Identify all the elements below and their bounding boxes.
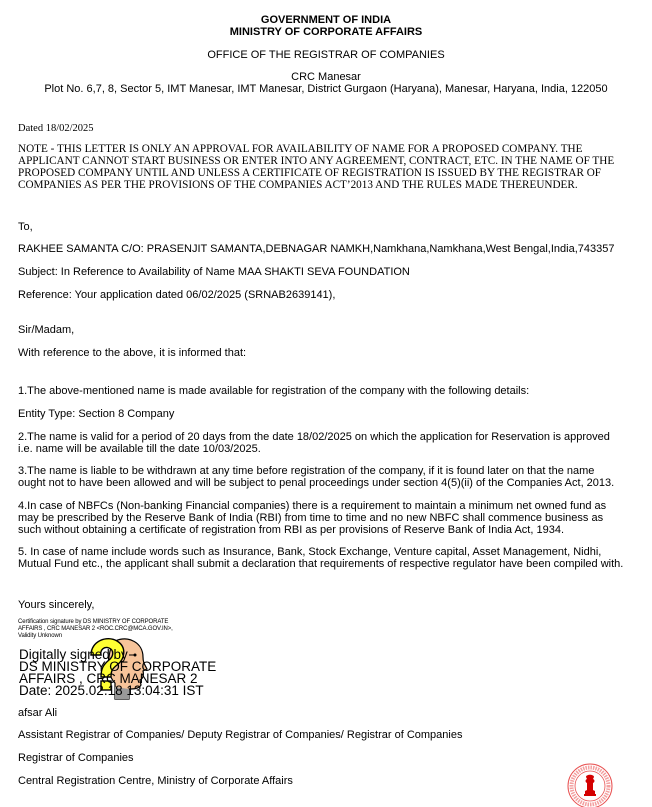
recipient-address: RAKHEE SAMANTA C/O: PRASENJIT SAMANTA,DE… xyxy=(18,243,614,255)
note-line: APPLICANT CANNOT START BUSINESS OR ENTER… xyxy=(18,155,614,167)
note-line: NOTE - THIS LETTER IS ONLY AN APPROVAL F… xyxy=(18,143,582,155)
point-4-line: 4.In case of NBFCs (Non-banking Financia… xyxy=(18,500,606,512)
to-label: To, xyxy=(18,221,33,233)
point-3-line: 3.The name is liable to be withdrawn at … xyxy=(18,465,594,477)
point-1: 1.The above-mentioned name is made avail… xyxy=(18,385,529,397)
point-2-line: i.e. name will be available till the dat… xyxy=(18,443,261,455)
salutation: Sir/Madam, xyxy=(18,324,74,336)
point-5-line: Mutual Fund etc., the applicant shall su… xyxy=(18,558,623,570)
header-ministry: MINISTRY OF CORPORATE AFFAIRS xyxy=(0,26,652,38)
note-line: PROPOSED COMPANY UNTIL AND UNLESS A CERT… xyxy=(18,167,601,179)
header-government: GOVERNMENT OF INDIA xyxy=(0,14,652,26)
mca-official-seal-icon xyxy=(566,762,614,807)
signatory-name: afsar Ali xyxy=(18,707,57,719)
point-3-line: ought not to have been allowed and will … xyxy=(18,477,614,489)
signatory-centre: Central Registration Centre, Ministry of… xyxy=(18,775,293,787)
header-office: OFFICE OF THE REGISTRAR OF COMPANIES xyxy=(0,49,652,61)
closing: Yours sincerely, xyxy=(18,599,94,611)
digital-signature-line: Date: 2025.02.18 13:04:31 IST xyxy=(19,685,204,697)
reference-line: Reference: Your application dated 06/02/… xyxy=(18,289,335,301)
subject-line: Subject: In Reference to Availability of… xyxy=(18,266,410,278)
signatory-designation: Assistant Registrar of Companies/ Deputy… xyxy=(18,729,462,741)
point-2-line: 2.The name is valid for a period of 20 d… xyxy=(18,431,610,443)
point-5-line: 5. In case of name include words such as… xyxy=(18,546,601,558)
header-branch: CRC Manesar xyxy=(0,71,652,83)
note-line: COMPANIES AS PER THE PROVISIONS OF THE C… xyxy=(18,179,578,191)
signatory-office: Registrar of Companies xyxy=(18,752,134,764)
point-4-line: such without obtaining a certificate of … xyxy=(18,524,564,536)
header-address: Plot No. 6,7, 8, Sector 5, IMT Manesar, … xyxy=(0,83,652,95)
entity-type: Entity Type: Section 8 Company xyxy=(18,408,174,420)
intro-text: With reference to the above, it is infor… xyxy=(18,347,246,359)
letter-date: Dated 18/02/2025 xyxy=(18,123,94,135)
certification-line: Validity Unknown xyxy=(18,633,62,641)
point-4-line: may be prescribed by the Reserve Bank of… xyxy=(18,512,603,524)
